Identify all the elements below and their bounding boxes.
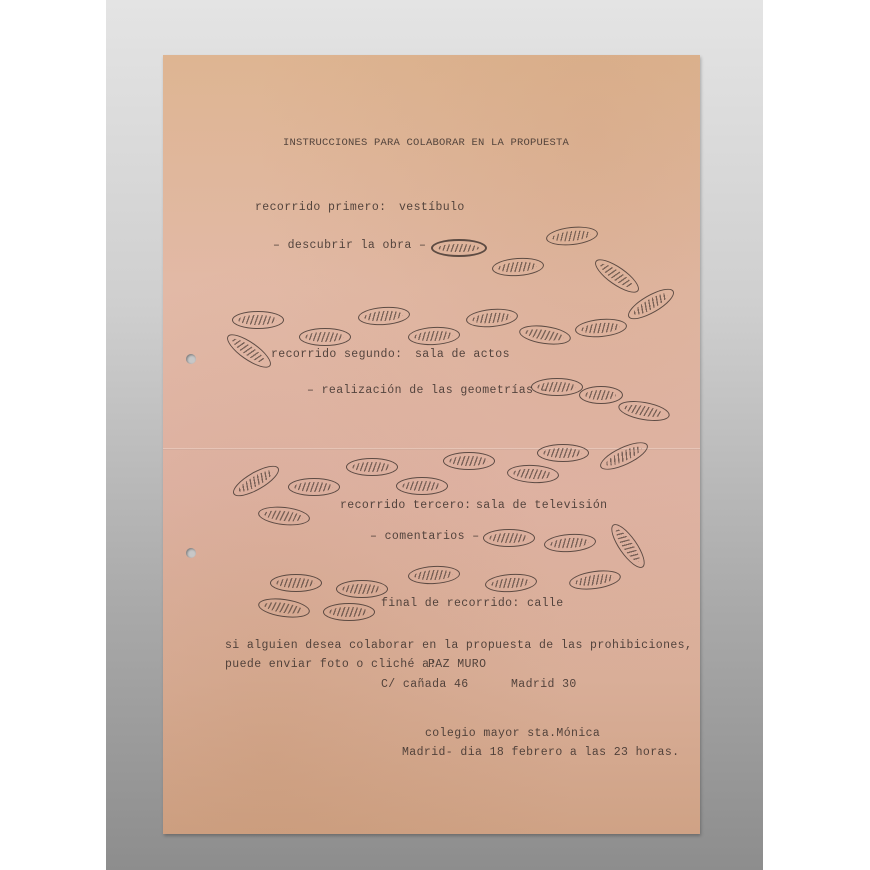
footprint-stamp-icon [323, 603, 375, 621]
invitation-line-1: si alguien desea colaborar en la propues… [225, 639, 692, 652]
footprint-stamp-icon [484, 572, 537, 594]
footprint-stamp-icon [537, 444, 589, 462]
footprint-stamp-icon [531, 378, 583, 396]
footprint-stamp-icon [229, 460, 283, 502]
footprint-stamp-icon [443, 452, 495, 470]
section-2-place: sala de actos [415, 348, 510, 361]
footprint-stamp-icon [465, 307, 518, 329]
footprint-stamp-icon [543, 532, 596, 554]
footprint-stamp-icon [357, 305, 410, 327]
punch-hole [186, 548, 196, 558]
footprint-stamp-icon [545, 224, 599, 247]
section-3-label: recorrido tercero: [340, 499, 471, 512]
address-city: Madrid 30 [511, 678, 577, 691]
footprint-stamp-icon [597, 437, 652, 475]
section-2-action: – realización de las geometrías – [307, 384, 548, 397]
footprint-stamp-icon [431, 239, 487, 257]
footprint-stamp-icon [336, 580, 388, 598]
venue: colegio mayor sta.Mónica [425, 727, 600, 740]
footprint-stamp-icon [579, 386, 623, 404]
footprint-stamp-icon [568, 567, 622, 592]
footprint-stamp-icon [299, 328, 351, 346]
section-3-place: sala de televisión [476, 499, 607, 512]
footprint-stamp-icon [606, 520, 651, 573]
footprint-stamp-icon [232, 311, 284, 329]
contact-name: PAZ MURO [428, 658, 486, 671]
footprint-stamp-icon [518, 322, 572, 347]
section-1-action: – descubrir la obra – [273, 239, 426, 252]
address-street: C/ cañada 46 [381, 678, 469, 691]
final-line: final de recorrido: calle [381, 597, 564, 610]
date-line: Madrid- dia 18 febrero a las 23 horas. [402, 746, 679, 759]
footprint-stamp-icon [491, 256, 544, 278]
document-title: INSTRUCCIONES PARA COLABORAR EN LA PROPU… [283, 137, 569, 149]
footprint-stamp-icon [591, 254, 644, 299]
footprint-stamp-icon [270, 574, 322, 592]
footprint-stamp-icon [408, 565, 461, 586]
footprint-stamp-icon [288, 478, 340, 496]
footprint-stamp-icon [257, 504, 311, 527]
punch-hole [186, 354, 196, 364]
footprint-stamp-icon [223, 329, 276, 374]
section-1-place: vestíbulo [399, 201, 465, 214]
footprint-stamp-icon [408, 326, 461, 347]
footprint-stamp-icon [257, 595, 311, 620]
section-3-action: – comentarios – [370, 530, 480, 543]
footprint-stamp-icon [396, 477, 448, 495]
section-2-label: recorrido segundo: [271, 348, 402, 361]
footprint-stamp-icon [507, 464, 560, 485]
footprint-stamp-icon [617, 398, 671, 425]
invitation-line-2: puede enviar foto o cliché a: [225, 658, 437, 671]
typewritten-sheet: INSTRUCCIONES PARA COLABORAR EN LA PROPU… [163, 55, 700, 834]
section-1-label: recorrido primero: [255, 201, 386, 214]
footprint-stamp-icon [574, 317, 627, 339]
footprint-stamp-icon [346, 458, 398, 476]
footprint-stamp-icon [483, 529, 535, 547]
